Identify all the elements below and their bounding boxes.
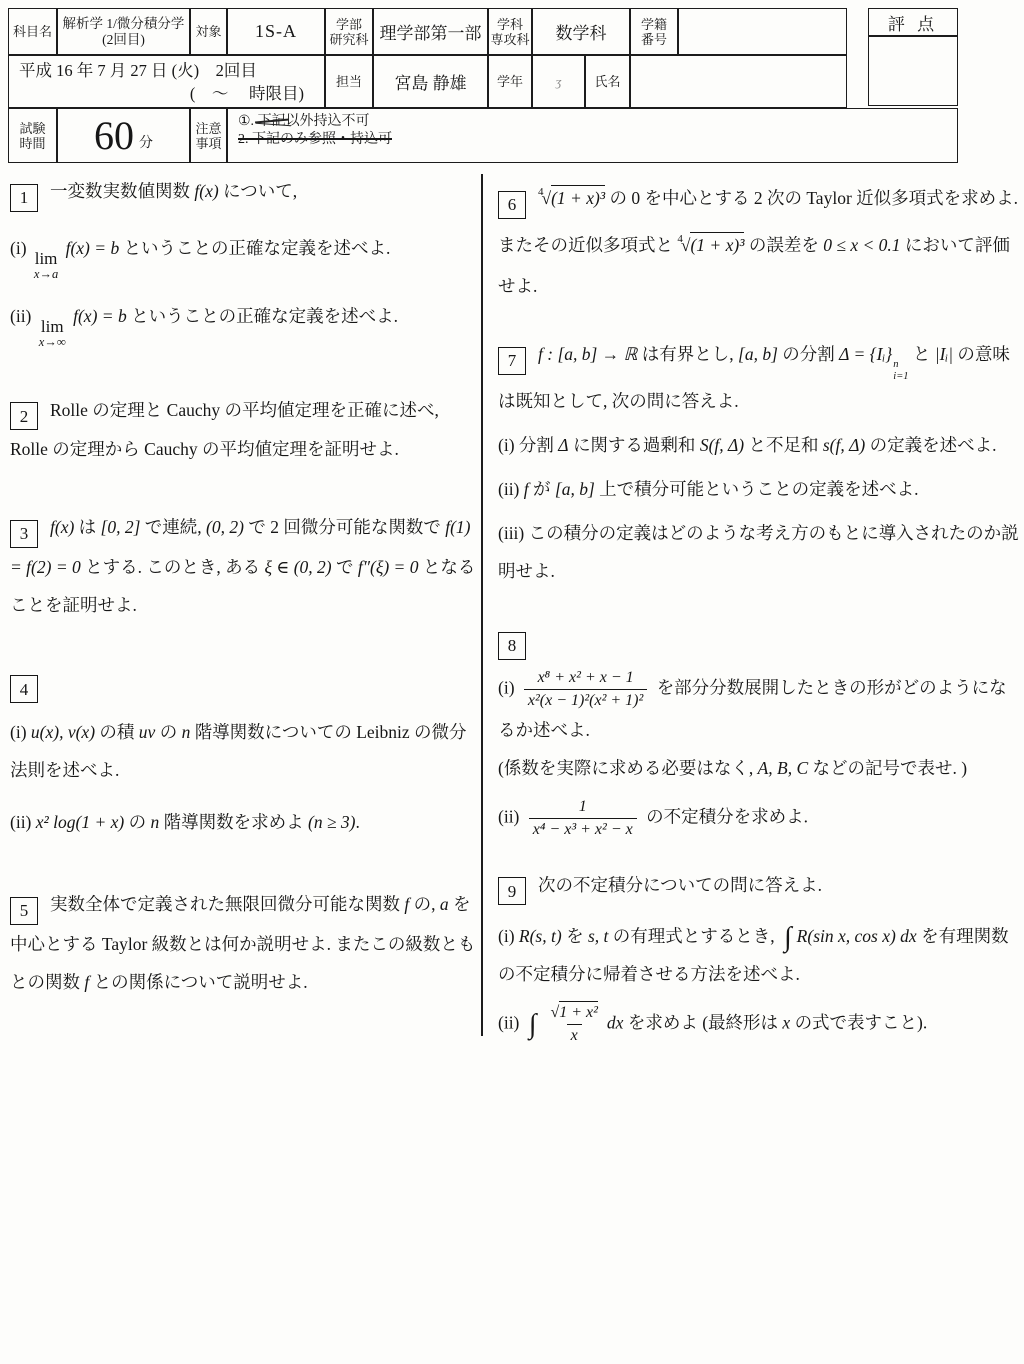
text-run: と — [909, 344, 935, 364]
faculty-label-line1: 学部 — [336, 17, 362, 32]
lim-subscript: x→∞ — [39, 336, 66, 349]
problem-5-text: 5実数全体で定義された無限回微分可能な関数 f の, a を中心とする Tayl… — [10, 885, 480, 1001]
math-run: f(x) — [194, 181, 218, 201]
problem-3-text: 3f(x) は [0, 2] で連続, (0, 2) で 2 回微分可能な関数で… — [10, 508, 480, 624]
item-label: (i) — [10, 238, 27, 258]
exam-duration: 60 — [94, 118, 134, 154]
math-run: f(x) = b — [66, 238, 120, 258]
exam-time-value-cell: 60 分 — [57, 108, 190, 163]
target-value-cell: 1S-A — [227, 8, 325, 55]
radicand: (1 + x)³ — [690, 232, 744, 255]
problem-8-item-i: (i) x⁸ + x² + x − 1x²(x − 1)²(x² + 1)² を… — [498, 668, 1022, 749]
subject-value-line2: (2回目) — [102, 32, 145, 48]
fraction-numerator: x⁸ + x² + x − 1 — [534, 668, 638, 689]
exam-sheet-page: 科目名 解析学 1/微分積分学 (2回目) 対象 1S-A 学部 研究科 理学部… — [0, 0, 1024, 1364]
text-run: で 2 回微分可能な関数で — [244, 517, 445, 537]
problem-8-number-box: 8 — [498, 632, 526, 660]
exam-time-label-line2: 時間 — [19, 136, 45, 151]
radicand: 1 + x² — [559, 1001, 598, 1021]
text-run: の分割 — [778, 344, 839, 364]
math-run: Δ = {Iᵢ} — [839, 344, 892, 364]
limit-operator: limx→∞ — [39, 318, 66, 349]
math-run: uv — [139, 722, 156, 742]
math-run: A, B, C — [758, 758, 809, 778]
notice-1-number: ①. — [238, 114, 254, 129]
subject-value-line1: 解析学 1/微分積分学 — [63, 16, 185, 32]
math-run: R(sin x, cos x) dx — [797, 926, 917, 946]
problem-4-number-line: 4 — [10, 664, 480, 704]
fraction-numerator: √1 + x² — [546, 1003, 601, 1024]
faculty-label-cell: 学部 研究科 — [325, 8, 373, 55]
text-run: は有界とし, — [637, 344, 738, 364]
problem-2: 2Rolle の定理と Cauchy の平均値定理を正確に述べ, Rolle の… — [10, 391, 480, 469]
text-run: ということの正確な定義を述べよ. — [127, 306, 398, 326]
problem-2-text: 2Rolle の定理と Cauchy の平均値定理を正確に述べ, Rolle の… — [10, 391, 480, 469]
left-column: 1一変数実数値関数 f(x) について, (i) limx→a f(x) = b… — [10, 172, 480, 1001]
student-id-label-line2: 番号 — [641, 32, 667, 47]
problem-6-text: 64√(1 + x)³ の 0 を中心とする 2 次の Taylor 近似多項式… — [498, 172, 1022, 307]
text-run: ということの正確な定義を述べよ. — [119, 238, 390, 258]
radical-sign: √ — [542, 188, 552, 208]
department-value-cell: 数学科 — [532, 8, 630, 55]
item-label: (ii) — [10, 812, 31, 832]
text-run: に関する過剰和 — [569, 435, 700, 455]
superscript: n — [893, 359, 898, 371]
item-label: (ii) — [498, 1013, 519, 1033]
problem-9-item-i: (i) R(s, t) を s, t の有理式とするとき, ∫R(sin x, … — [498, 917, 1022, 993]
problem-7-item-iii: (iii) この積分の定義はどのような考え方のもとに導入されたのか説明せよ. — [498, 514, 1022, 590]
instructor-value-cell: 宮島 静雄 — [373, 55, 488, 108]
department-value: 数学科 — [556, 19, 607, 44]
problem-7-intro: 7f : [a, b] → ℝ は有界とし, [a, b] の分割 Δ = {I… — [498, 335, 1022, 420]
partition-sup-sub: ni=1 — [893, 359, 908, 382]
radicand: (1 + x)³ — [551, 185, 605, 208]
exam-time-label-cell: 試験 時間 — [8, 108, 57, 163]
item-label: (i) — [10, 722, 27, 742]
math-run: S(f, Δ) — [700, 435, 744, 455]
instructor-label-cell: 担当 — [325, 55, 373, 108]
problem-9-number-box: 9 — [498, 877, 526, 905]
grade-label: 学年 — [497, 74, 523, 89]
text-run: 分割 — [519, 435, 558, 455]
math-run: a — [440, 894, 449, 914]
text-run: を — [562, 926, 588, 946]
text-run: の — [155, 722, 181, 742]
name-value-cell — [630, 55, 847, 108]
text-run: で — [332, 557, 358, 577]
problem-1-number-box: 1 — [10, 184, 38, 212]
math-run: ξ ∈ (0, 2) — [265, 557, 332, 577]
math-run: [0, 2] — [101, 517, 141, 537]
math-run: n — [151, 812, 160, 832]
fourth-root-expression: 4√(1 + x)³ — [677, 235, 744, 255]
text-run: の誤差を — [744, 235, 823, 255]
subject-label-cell: 科目名 — [8, 8, 57, 55]
text-run: で連続, — [140, 517, 206, 537]
math-run: f : [a, b] → ℝ — [538, 344, 637, 364]
integral-sign: ∫ — [529, 1011, 537, 1039]
text-run: の — [124, 812, 150, 832]
problem-1: 1一変数実数値関数 f(x) について, (i) limx→a f(x) = b… — [10, 172, 480, 349]
math-run: Δ — [558, 435, 568, 455]
faculty-value-cell: 理学部第一部 — [373, 8, 488, 55]
problem-7-item-ii: (ii) f が [a, b] 上で積分可能ということの定義を述べよ. — [498, 470, 1022, 508]
problem-8-number-line: 8 — [498, 620, 1022, 660]
math-run: (n ≥ 3) — [308, 812, 356, 832]
problem-4-item-i: (i) u(x), v(x) の積 uv の n 階導関数についての Leibn… — [10, 713, 480, 789]
math-run: f(x) = b — [73, 306, 127, 326]
problem-7-number-box: 7 — [498, 347, 526, 375]
text-run: の有理式とするとき, — [608, 926, 779, 946]
item-label: (ii) — [498, 479, 519, 499]
fraction-denominator: x⁴ − x³ + x² − x — [529, 818, 637, 840]
text-run: との関係について説明せよ. — [89, 972, 307, 992]
text-run: 一変数実数値関数 — [50, 181, 194, 201]
text-run: は — [74, 517, 100, 537]
date-cell: 平成 16 年 7 月 27 日 (火) 2回目 ( ～ 時限目) — [8, 55, 325, 108]
problem-6: 64√(1 + x)³ の 0 を中心とする 2 次の Taylor 近似多項式… — [498, 172, 1022, 307]
math-run: f″(ξ) = 0 — [358, 557, 419, 577]
exam-period: ( ～ 時限目) — [19, 84, 314, 104]
problem-5: 5実数全体で定義された無限回微分可能な関数 f の, a を中心とする Tayl… — [10, 885, 480, 1001]
text-run: の, — [409, 894, 440, 914]
text-run: の式で表すこと). — [790, 1013, 927, 1033]
text-run: 実数全体で定義された無限回微分可能な関数 — [50, 894, 404, 914]
problem-8: 8 (i) x⁸ + x² + x − 1x²(x − 1)²(x² + 1)²… — [498, 620, 1022, 840]
math-run: u(x), v(x) — [31, 722, 95, 742]
math-run: R(s, t) — [519, 926, 562, 946]
name-label: 氏名 — [594, 74, 620, 89]
text-run: を求めよ (最終形は — [623, 1013, 782, 1033]
text-run: この積分の定義はどのような考え方のもとに導入されたのか説明せよ. — [498, 523, 1019, 581]
problem-5-number-box: 5 — [10, 897, 38, 925]
subject-label: 科目名 — [13, 24, 52, 39]
faculty-label-line2: 研究科 — [329, 32, 368, 47]
text-run: 次の不定積分についての問に答えよ. — [538, 875, 822, 895]
item-label: (iii) — [498, 523, 524, 543]
notice-1-scribbled-text: 下記 — [258, 113, 286, 131]
problem-1-item-i: (i) limx→a f(x) = b ということの正確な定義を述べよ. — [10, 229, 480, 281]
text-run: について, — [219, 181, 297, 201]
rational-fraction: x⁸ + x² + x − 1x²(x − 1)²(x² + 1)² — [524, 668, 647, 711]
problem-4-item-ii: (ii) x² log(1 + x) の n 階導関数を求めよ (n ≥ 3). — [10, 803, 480, 841]
faculty-value: 理学部第一部 — [380, 19, 482, 44]
notes-value-cell: ①. 下記以外持込不可 2. 下記のみ参照・持込可 — [227, 108, 958, 163]
name-label-cell: 氏名 — [585, 55, 630, 108]
text-run: と不足和 — [744, 435, 823, 455]
target-label: 対象 — [195, 24, 221, 39]
instructor-label: 担当 — [336, 74, 362, 89]
math-run: x² log(1 + x) — [36, 812, 124, 832]
math-run: s, t — [588, 926, 608, 946]
problem-4: 4 (i) u(x), v(x) の積 uv の n 階導関数についての Lei… — [10, 664, 480, 842]
department-label-line1: 学科 — [497, 17, 523, 32]
right-column: 64√(1 + x)³ の 0 を中心とする 2 次の Taylor 近似多項式… — [498, 172, 1022, 1046]
radical-sign: √ — [550, 1004, 559, 1021]
math-run: (0, 2) — [206, 517, 244, 537]
problem-9-intro: 9次の不定積分についての問に答えよ. — [498, 866, 1022, 906]
text-run: 階導関数を求めよ — [159, 812, 308, 832]
problem-9: 9次の不定積分についての問に答えよ. (i) R(s, t) を s, t の有… — [498, 866, 1022, 1047]
text-run: 上で積分可能ということの定義を述べよ. — [595, 479, 919, 499]
problem-8-item-i-note: (係数を実際に求める必要はなく, A, B, C などの記号で表せ. ) — [498, 749, 1022, 787]
score-value-cell — [868, 36, 958, 106]
rational-fraction: 1x⁴ − x³ + x² − x — [529, 797, 637, 840]
notes-label-cell: 注意 事項 — [190, 108, 227, 163]
text-run: が — [529, 479, 555, 499]
problem-1-item-ii: (ii) limx→∞ f(x) = b ということの正確な定義を述べよ. — [10, 297, 480, 349]
integrand-fraction: √1 + x²x — [546, 1003, 601, 1046]
lim-subscript: x→a — [34, 268, 58, 281]
fraction-numerator: 1 — [575, 797, 591, 818]
limit-operator: limx→a — [34, 250, 58, 281]
score-label: 評 点 — [888, 10, 938, 35]
department-label-line2: 専攻科 — [490, 32, 529, 47]
text-run: などの記号で表せ. ) — [808, 758, 967, 778]
math-run: f(x) — [50, 517, 74, 537]
text-run: とする. このとき, ある — [81, 557, 265, 577]
problem-4-number-box: 4 — [10, 675, 38, 703]
fourth-root-expression: 4√(1 + x)³ — [538, 188, 605, 208]
problem-6-number-box: 6 — [498, 191, 526, 219]
exam-duration-unit: 分 — [139, 132, 153, 152]
problem-7-item-i: (i) 分割 Δ に関する過剰和 S(f, Δ) と不足和 s(f, Δ) の定… — [498, 426, 1022, 464]
student-id-label-line1: 学籍 — [641, 17, 667, 32]
item-label: (ii) — [498, 806, 519, 826]
item-label: (ii) — [10, 306, 31, 326]
problem-3: 3f(x) は [0, 2] で連続, (0, 2) で 2 回微分可能な関数で… — [10, 508, 480, 624]
lim-word: lim — [41, 318, 64, 335]
text-run: (係数を実際に求める必要はなく, — [498, 758, 758, 778]
instructor-value: 宮島 静雄 — [394, 69, 466, 94]
target-value: 1S-A — [255, 21, 297, 42]
integral-sign: ∫ — [784, 924, 792, 952]
problem-3-number-box: 3 — [10, 520, 38, 548]
grade-label-cell: 学年 — [488, 55, 532, 108]
item-label: (i) — [498, 926, 515, 946]
lim-word: lim — [35, 250, 58, 267]
fraction-denominator: x — [567, 1024, 582, 1046]
text-run: の定義を述べよ. — [865, 435, 996, 455]
student-id-label-cell: 学籍 番号 — [630, 8, 678, 55]
text-run: の不定積分を求めよ. — [642, 806, 808, 826]
problem-2-number-box: 2 — [10, 402, 38, 430]
target-label-cell: 対象 — [190, 8, 227, 55]
item-label: (i) — [498, 677, 515, 697]
grade-value-cell: ʒ — [532, 55, 585, 108]
handwritten-mark: ʒ — [556, 74, 562, 90]
notes-label-line1: 注意 — [195, 121, 221, 136]
problem-7: 7f : [a, b] → ℝ は有界とし, [a, b] の分割 Δ = {I… — [498, 335, 1022, 590]
text-run: Rolle の定理と Cauchy の平均値定理を正確に述べ, Rolle の定… — [10, 400, 439, 460]
exam-time-label-line1: 試験 — [19, 121, 45, 136]
notes-label-line2: 事項 — [195, 136, 221, 151]
item-label: (i) — [498, 435, 515, 455]
text-run: . — [356, 812, 360, 832]
text-run: の積 — [95, 722, 139, 742]
subscript: i=1 — [893, 371, 908, 383]
math-run: s(f, Δ) — [823, 435, 865, 455]
math-run: |Iᵢ| — [935, 344, 953, 364]
math-run: 0 ≤ x < 0.1 — [823, 235, 900, 255]
column-divider-rule — [481, 174, 483, 1036]
fraction-denominator: x²(x − 1)²(x² + 1)² — [524, 689, 647, 711]
problem-1-intro: 1一変数実数値関数 f(x) について, — [10, 172, 480, 212]
exam-date: 平成 16 年 7 月 27 日 (火) 2回目 — [19, 61, 257, 81]
score-label-cell: 評 点 — [868, 8, 958, 36]
problem-8-item-ii: (ii) 1x⁴ − x³ + x² − x の不定積分を求めよ. — [498, 797, 1022, 840]
notice-line-2: 2. 下記のみ参照・持込可 — [238, 131, 392, 149]
math-run: [a, b] — [555, 479, 595, 499]
student-id-value-cell — [678, 8, 847, 55]
math-run: [a, b] — [738, 344, 778, 364]
math-run: dx — [607, 1013, 624, 1033]
notice-1-text: 以外持込不可 — [286, 114, 370, 129]
department-label-cell: 学科 専攻科 — [488, 8, 532, 55]
problem-9-item-ii: (ii) ∫√1 + x²xdx を求めよ (最終形は x の式で表すこと). — [498, 1003, 1022, 1046]
math-run: n — [182, 722, 191, 742]
notice-line-1: ①. 下記以外持込不可 — [238, 113, 370, 131]
subject-value-cell: 解析学 1/微分積分学 (2回目) — [57, 8, 190, 55]
